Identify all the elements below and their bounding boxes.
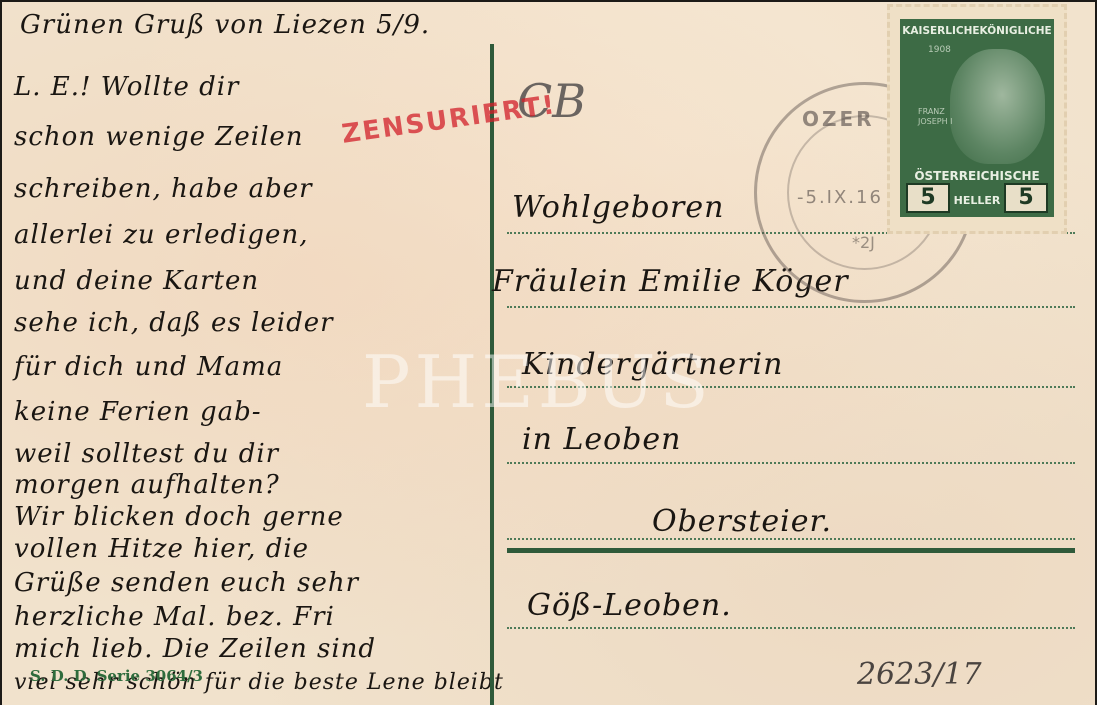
address-dotted-line bbox=[507, 462, 1075, 464]
message-line: morgen aufhalten? bbox=[14, 470, 280, 500]
postmark-hour: *2J bbox=[852, 233, 875, 252]
pencil-catalog-number: 2623/17 bbox=[857, 657, 982, 692]
address-line-3: in Leoben bbox=[522, 422, 681, 457]
message-line: Grüße senden euch sehr bbox=[14, 568, 359, 598]
stamp-year: 1908 bbox=[928, 45, 951, 55]
address-dotted-line bbox=[507, 306, 1075, 308]
message-line: schreiben, habe aber bbox=[14, 174, 313, 204]
message-line: weil solltest du dir bbox=[14, 439, 279, 469]
publisher-imprint: S. D. D. Serie 3064/3 bbox=[30, 667, 203, 685]
address-solid-line bbox=[507, 548, 1075, 553]
message-line: schon wenige Zeilen bbox=[14, 122, 304, 152]
postage-stamp: KAISERLICHEKÖNIGLICHE 1908 FRANZ JOSEPH … bbox=[887, 4, 1067, 234]
stamp-value-right: 5 bbox=[1004, 183, 1048, 213]
address-line-5: Göß-Leoben. bbox=[527, 588, 732, 623]
message-line: herzliche Mal. bez. Fri bbox=[14, 602, 335, 632]
message-line: Grünen Gruß von Liezen 5/9. bbox=[20, 10, 430, 40]
message-line: mich lieb. Die Zeilen sind bbox=[14, 634, 376, 664]
address-dotted-line bbox=[507, 627, 1075, 629]
postcard: Grünen Gruß von Liezen 5/9. L. E.! Wollt… bbox=[2, 2, 1095, 705]
stamp-design: KAISERLICHEKÖNIGLICHE 1908 FRANZ JOSEPH … bbox=[900, 19, 1054, 217]
message-line: vollen Hitze hier, die bbox=[14, 534, 309, 564]
message-line: keine Ferien gab- bbox=[14, 397, 262, 427]
address-salutation: Wohlgeboren bbox=[512, 190, 724, 225]
stamp-top-text: KAISERLICHEKÖNIGLICHE bbox=[900, 25, 1054, 37]
stamp-bottom-text: ÖSTERREICHISCHE bbox=[900, 169, 1054, 183]
message-line: und deine Karten bbox=[14, 266, 259, 296]
stamp-portrait-caption: FRANZ JOSEPH I bbox=[918, 107, 968, 127]
message-line: für dich und Mama bbox=[14, 352, 283, 382]
address-line-4: Obersteier. bbox=[652, 504, 832, 539]
message-line: sehe ich, daß es leider bbox=[14, 308, 334, 338]
censor-mark: ZENSURIERT! bbox=[340, 90, 558, 150]
message-line: allerlei zu erledigen, bbox=[14, 220, 308, 250]
postmark-date: -5.IX.16 bbox=[797, 187, 883, 208]
message-line: L. E.! Wollte dir bbox=[14, 72, 239, 102]
message-line: Wir blicken doch gerne bbox=[14, 502, 344, 532]
watermark: PHEBUS bbox=[362, 340, 713, 424]
postmark-town: OZER bbox=[802, 107, 875, 131]
